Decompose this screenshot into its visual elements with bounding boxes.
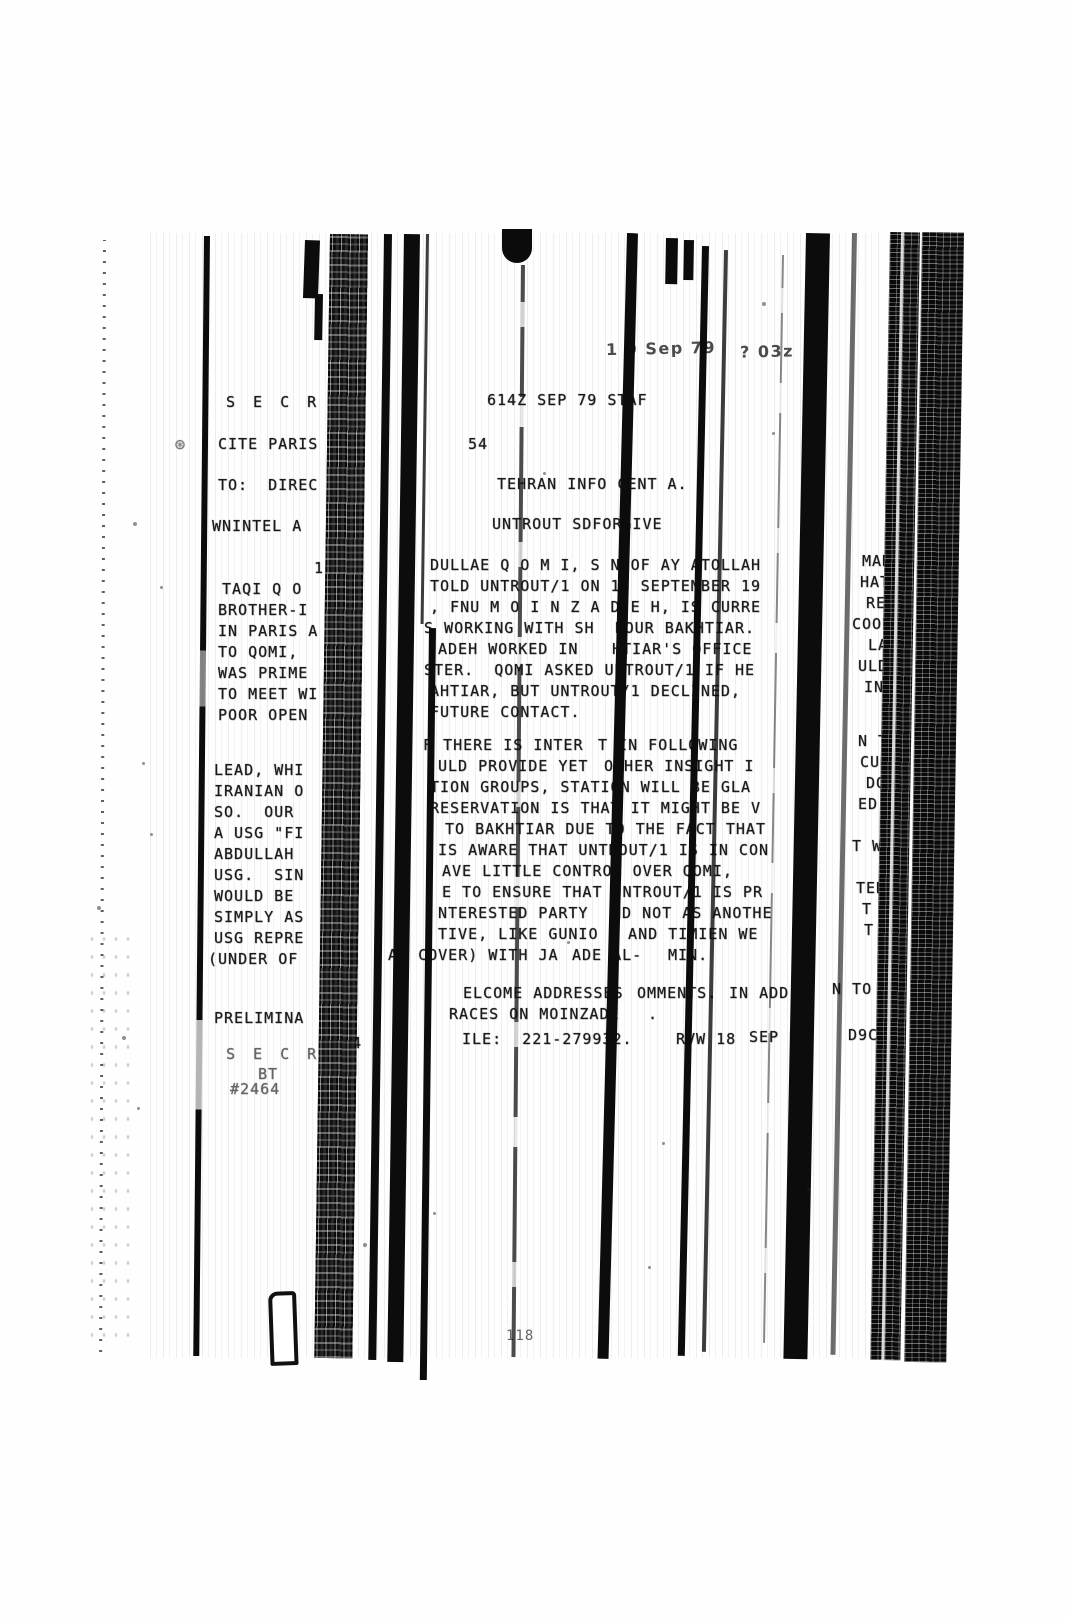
text-fragment: ABDULLAH (214, 846, 294, 862)
text-fragment: A USG "FI (214, 825, 304, 841)
text-fragment: ULD PROVIDE YET (438, 758, 588, 774)
text-fragment: WNINTEL A (212, 518, 302, 534)
scanned-document-page: 1 9 Sep 79? 03zS E C R E614Z SEP 79 STAF… (0, 0, 1067, 1621)
text-fragment: FUTURE CONTACT. (430, 704, 580, 720)
text-fragment: RACES ON MOINZADE (449, 1006, 620, 1022)
text-fragment: LEAD, WHI (214, 762, 304, 778)
text-fragment: SIMPLY AS (214, 909, 304, 925)
text-fragment: AL COVER) WITH JA (388, 947, 559, 963)
ink-mark (683, 240, 694, 280)
text-fragment: . (648, 1006, 658, 1022)
text-fragment: BROTHER-I (218, 602, 308, 618)
text-fragment: #2464 (230, 1081, 280, 1097)
noise-speck (807, 1188, 810, 1191)
noise-speck (662, 1142, 665, 1145)
text-fragment: F THERE IS INTER (423, 737, 584, 753)
text-fragment: OMMENTS. (637, 985, 717, 1001)
text-fragment: USG. SIN (214, 867, 304, 883)
text-fragment: (UNDER OF (208, 951, 298, 967)
noise-speck (142, 762, 145, 765)
noise-speck (133, 522, 137, 526)
text-fragment: RESERVATION IS THAT IT MIGHT BE V (430, 800, 761, 816)
text-fragment: IN ADD (729, 985, 789, 1001)
noise-speck (648, 1266, 651, 1269)
noise-speck (543, 472, 546, 475)
noise-speck (433, 1212, 436, 1215)
text-fragment: POOR OPEN (218, 707, 308, 723)
text-fragment: WAS PRIME (218, 665, 308, 681)
noise-speck (150, 833, 153, 836)
page-number: 118 (506, 1328, 534, 1344)
text-fragment: SO. OUR (214, 804, 294, 820)
text-fragment: 54 (468, 436, 488, 452)
time-stamp: ? 03z (740, 343, 794, 360)
text-fragment: USG REPRE (214, 930, 304, 946)
text-fragment: ADEH WORKED IN (438, 641, 578, 657)
text-fragment: IN PARIS A (218, 623, 318, 639)
text-fragment: WOULD BE (214, 888, 294, 904)
text-fragment: IRANIAN O (214, 783, 304, 799)
text-fragment: TO: DIREC (218, 477, 318, 493)
ink-mark (314, 294, 323, 340)
text-fragment: IS AWARE THAT UNTROUT/1 IS IN CON (438, 842, 769, 858)
text-fragment: TAQI Q O (222, 581, 302, 597)
text-fragment: ELCOME ADDRESSES (463, 985, 624, 1001)
noise-speck (137, 1107, 140, 1110)
text-fragment: , AND TIMIEN WE (608, 926, 758, 942)
text-fragment: STER. QOMI ASKED UNTROUT/1 IF HE (424, 662, 755, 678)
circled-mark: ⊛ (174, 437, 187, 453)
text-fragment: TO MEET WI (218, 686, 318, 702)
ink-mark (665, 238, 678, 284)
ink-blob (502, 229, 532, 263)
noise-speck (363, 1243, 367, 1247)
text-fragment: UNTROUT SDFORGIVE (492, 516, 663, 532)
text-fragment: TION GROUPS, STATION WILL BE GLA (430, 779, 751, 795)
noise-speck (122, 1036, 126, 1040)
text-fragment: T (862, 901, 872, 917)
text-fragment: TOLD UNTROUT/1 ON 15 SEPTEMBER 19 (430, 578, 761, 594)
text-fragment: ED (858, 796, 878, 812)
text-fragment: , FNU M O I N Z A D E H, IS CURRE (430, 599, 761, 615)
noise-speck (762, 302, 766, 306)
text-fragment: CITE PARIS (218, 436, 318, 452)
text-fragment: TEHRAN INFO CENT A. (497, 476, 688, 492)
text-fragment: TO QOMI, (218, 644, 298, 660)
outline-artifact (268, 1291, 299, 1366)
noise-speck (567, 941, 570, 944)
noise-speck (160, 586, 163, 589)
text-fragment: PRELIMINA (214, 1010, 304, 1026)
text-fragment: DULLAE Q O M I, S N OF AY ATOLLAH (430, 557, 761, 573)
text-fragment: HTIAR'S OFFICE (612, 641, 752, 657)
ink-mark (303, 240, 320, 298)
noise-speck (772, 432, 775, 435)
text-fragment: NTERESTED PARTY (438, 905, 588, 921)
scan-noise-spots (86, 930, 132, 1350)
text-fragment: T (864, 922, 874, 938)
text-fragment: OTHER INSIGHT I (604, 758, 754, 774)
noise-speck (97, 906, 101, 910)
text-fragment: S WORKING WITH SH POUR BAKHTIAR. (424, 620, 755, 636)
text-fragment: 1 (314, 560, 324, 576)
text-fragment: TO BAKHTIAR DUE TO THE FACT THAT (445, 821, 766, 837)
